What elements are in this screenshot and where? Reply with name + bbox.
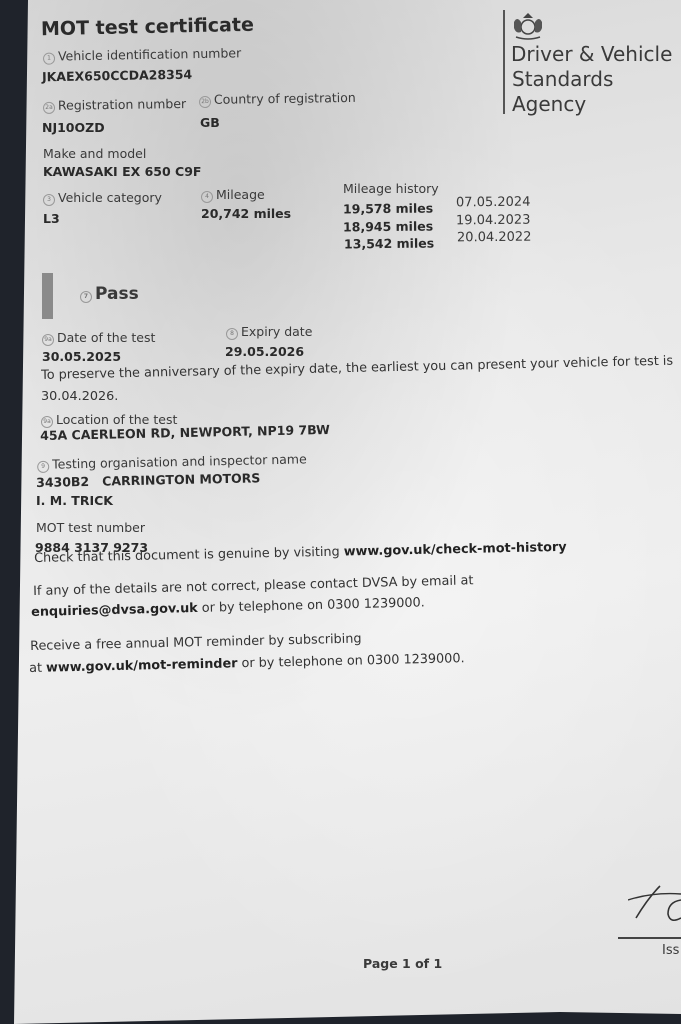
issuer-signature bbox=[628, 878, 681, 928]
make-model-value: KAWASAKI EX 650 C9F bbox=[43, 164, 201, 179]
field-number-icon: 9a bbox=[42, 334, 54, 346]
field-number-icon: 7 bbox=[80, 291, 92, 303]
document-title: MOT test certificate bbox=[41, 14, 254, 40]
registration-value: NJ10OZD bbox=[42, 120, 105, 135]
mileage-history-date-2: 19.04.2023 bbox=[456, 213, 531, 229]
mileage-history-miles-1: 19,578 miles bbox=[343, 201, 433, 217]
mileage-history-miles-3: 13,542 miles bbox=[344, 236, 434, 252]
test-date-value: 30.05.2025 bbox=[42, 349, 121, 364]
registration-label: 2aRegistration number bbox=[43, 96, 186, 114]
agency-divider bbox=[503, 10, 505, 114]
issuer-label: Iss bbox=[662, 943, 679, 958]
field-number-icon: 2b bbox=[199, 96, 211, 108]
vin-value: JKAEX650CCDA28354 bbox=[42, 67, 192, 85]
agency-name-line-2: Standards bbox=[512, 67, 613, 91]
anniversary-notice-line-2: 30.04.2026. bbox=[41, 389, 118, 404]
mileage-history-label: Mileage history bbox=[343, 181, 439, 196]
result-indicator-bar bbox=[42, 273, 53, 319]
inspector-name: I. M. TRICK bbox=[36, 493, 113, 508]
field-number-icon: 1 bbox=[43, 53, 55, 65]
country-value: GB bbox=[200, 115, 220, 130]
field-number-icon: 3 bbox=[43, 194, 55, 206]
field-number-icon: 9a bbox=[41, 416, 53, 428]
country-label: 2bCountry of registration bbox=[199, 90, 356, 108]
vehicle-category-value: L3 bbox=[43, 211, 60, 226]
agency-name-line-1: Driver & Vehicle bbox=[511, 42, 672, 66]
mileage-label: 4Mileage bbox=[201, 187, 265, 203]
expiry-date-value: 29.05.2026 bbox=[225, 344, 304, 359]
test-date-label: 9aDate of the test bbox=[42, 330, 155, 346]
field-number-icon: 9 bbox=[37, 461, 49, 473]
test-result: 7Pass bbox=[80, 284, 139, 304]
mileage-history-date-3: 20.04.2022 bbox=[457, 230, 532, 246]
mileage-history-miles-2: 18,945 miles bbox=[343, 219, 433, 235]
field-number-icon: 2a bbox=[43, 102, 55, 114]
mileage-history-date-1: 07.05.2024 bbox=[456, 195, 531, 211]
agency-name-line-3: Agency bbox=[512, 92, 586, 116]
make-model-label: Make and model bbox=[43, 146, 146, 161]
signature-line bbox=[618, 937, 681, 939]
page-number: Page 1 of 1 bbox=[363, 956, 442, 971]
expiry-date-label: 8Expiry date bbox=[226, 324, 312, 340]
royal-coat-of-arms-icon bbox=[508, 10, 548, 42]
vehicle-category-label: 3Vehicle category bbox=[43, 190, 162, 206]
mileage-value: 20,742 miles bbox=[201, 206, 291, 221]
field-number-icon: 8 bbox=[226, 328, 238, 340]
mot-test-number-label: MOT test number bbox=[36, 520, 145, 535]
field-number-icon: 4 bbox=[201, 191, 213, 203]
